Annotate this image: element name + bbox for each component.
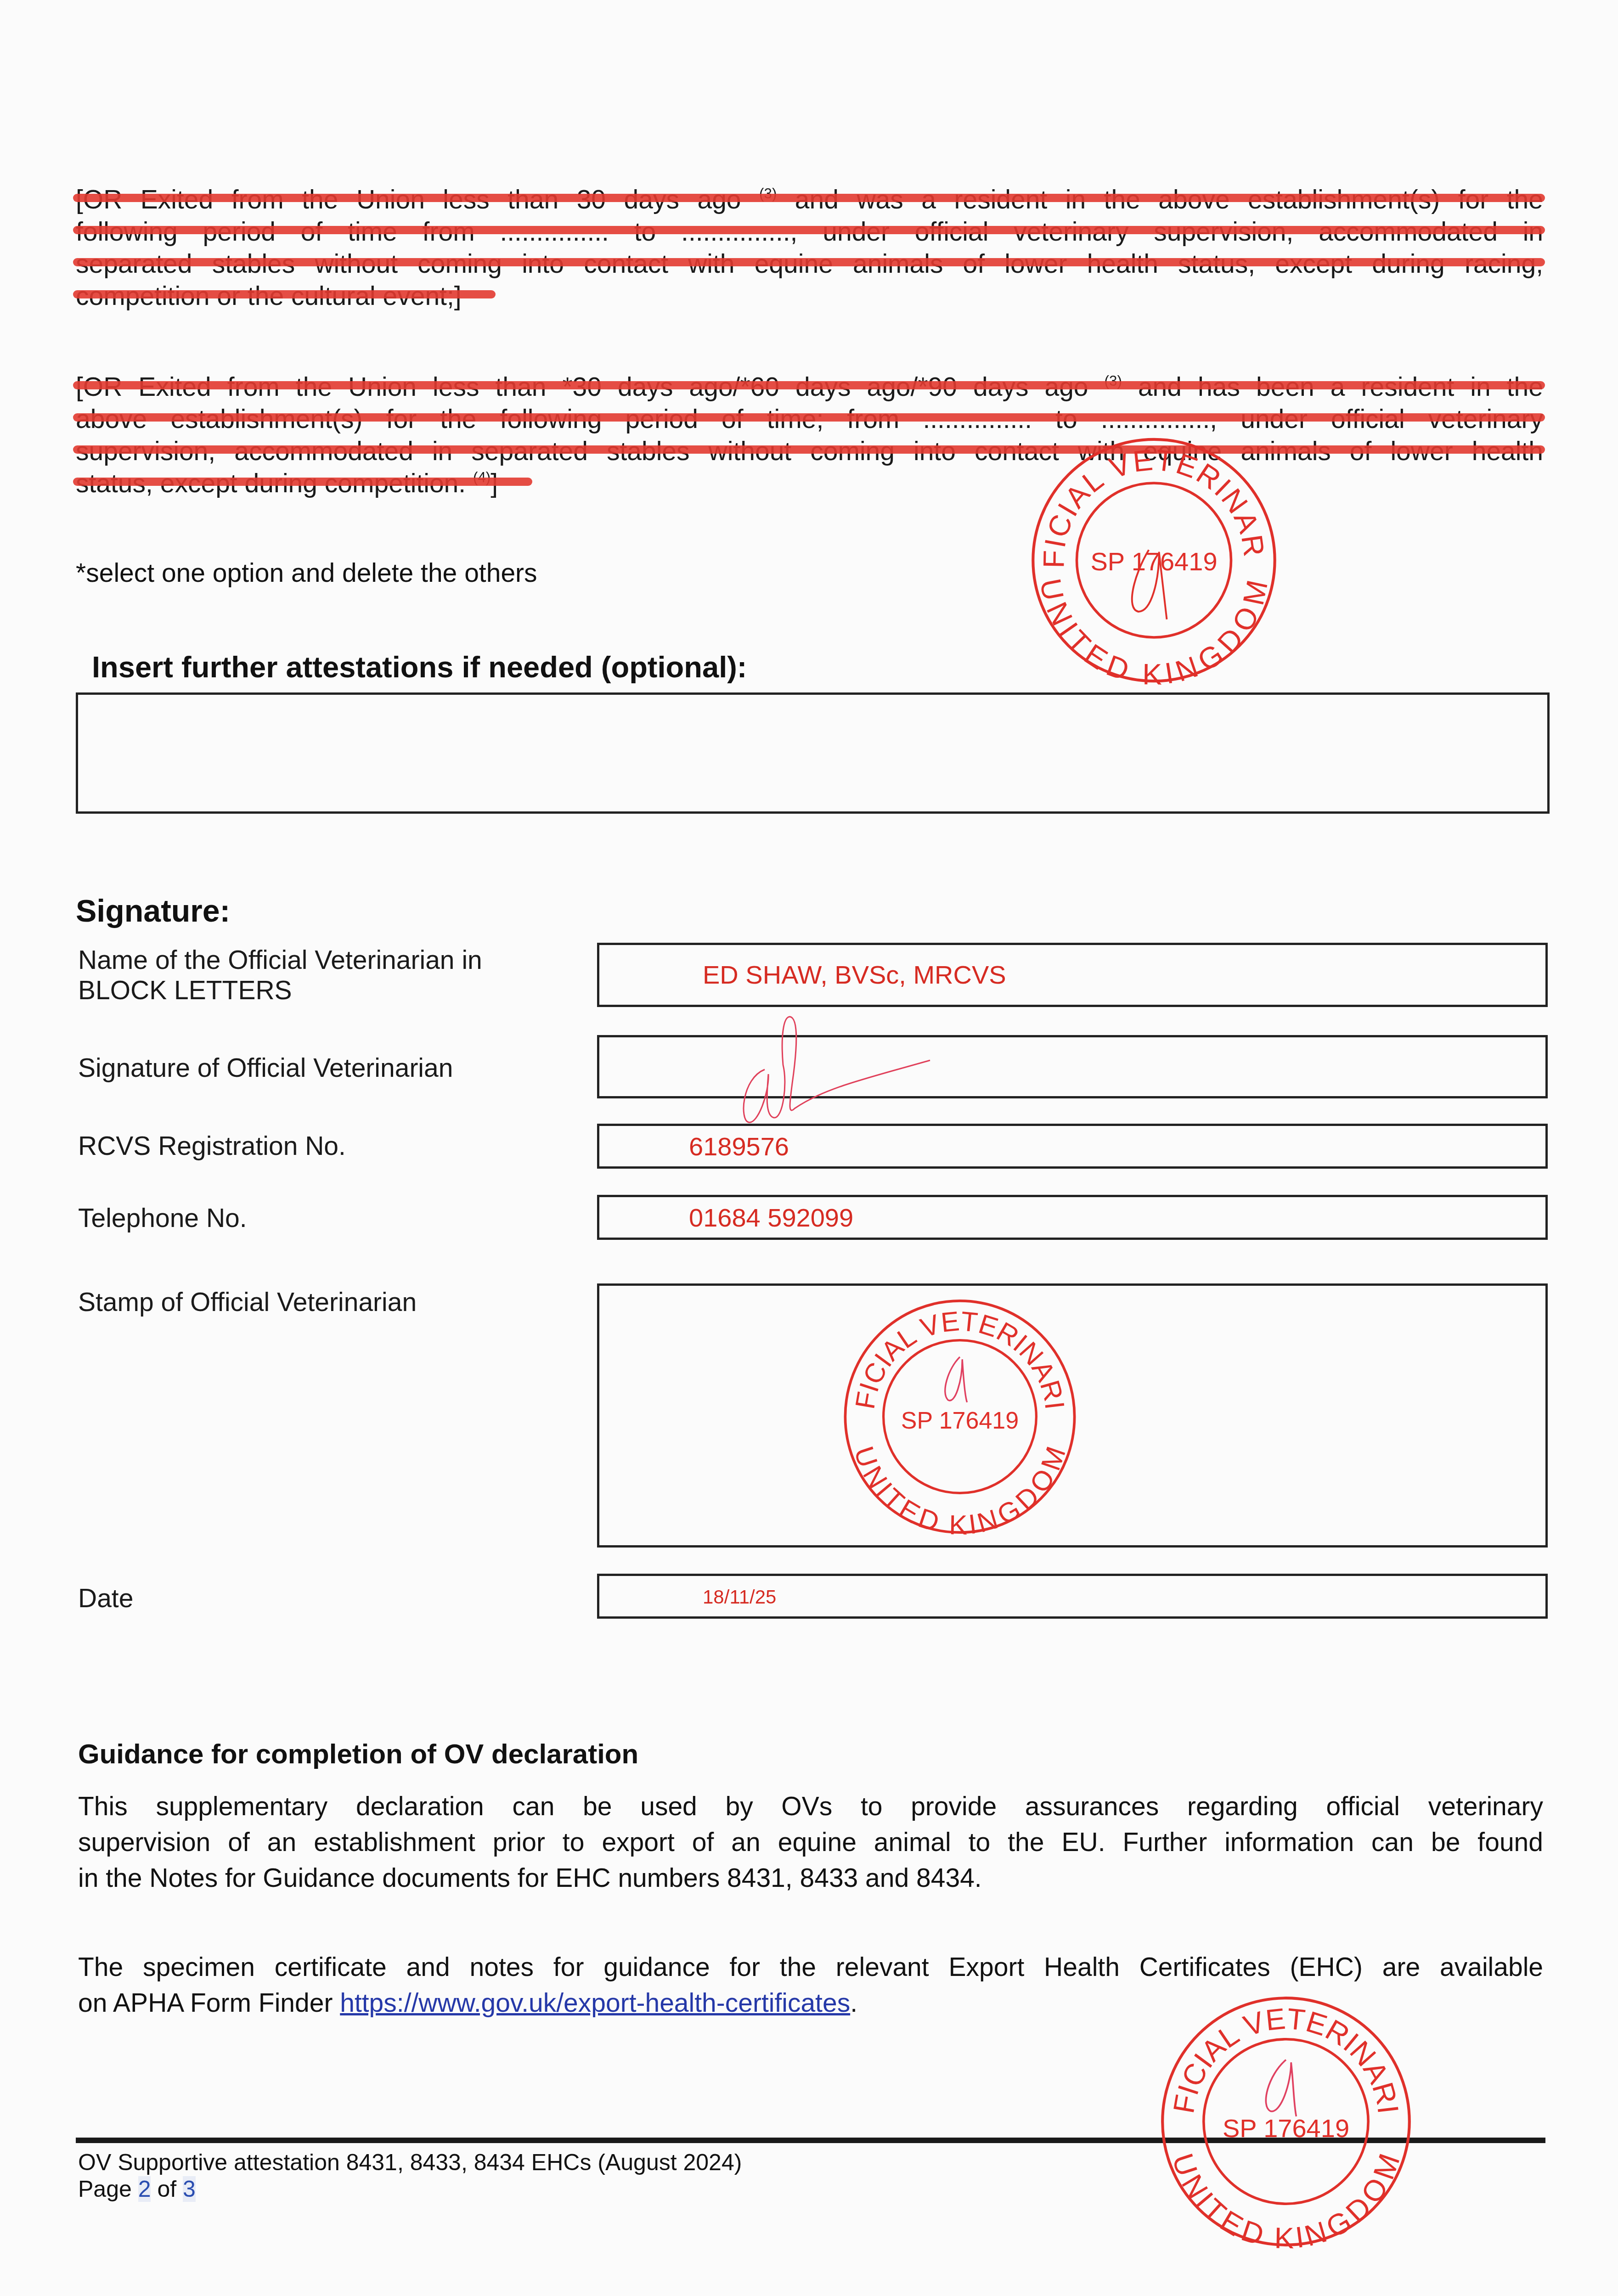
guidance-line: This supplementary declaration can be us… bbox=[78, 1789, 1543, 1824]
guidance-paragraph-1: This supplementary declaration can be us… bbox=[78, 1789, 1543, 1896]
official-stamp-icon: OFFICIAL VETERINARIAN UNITED KINGDOM SP … bbox=[1157, 1993, 1415, 2250]
export-health-certificates-link[interactable]: https://www.gov.uk/export-health-certifi… bbox=[340, 1988, 850, 2018]
date-field[interactable]: 18/11/25 bbox=[597, 1574, 1548, 1619]
ov-name-value: ED SHAW, BVSc, MRCVS bbox=[703, 960, 1006, 990]
struck-line: [OR Exited from the Union less than 30 d… bbox=[76, 184, 1543, 216]
telephone-label: Telephone No. bbox=[78, 1203, 247, 1233]
svg-text:SP 176419: SP 176419 bbox=[1090, 547, 1217, 576]
date-value: 18/11/25 bbox=[703, 1586, 776, 1608]
svg-text:UNITED KINGDOM: UNITED KINGDOM bbox=[848, 1443, 1071, 1541]
telephone-value: 01684 592099 bbox=[689, 1203, 853, 1232]
guidance-heading: Guidance for completion of OV declaratio… bbox=[78, 1738, 638, 1770]
svg-text:SP 176419: SP 176419 bbox=[1223, 2114, 1349, 2143]
ov-name-field[interactable]: ED SHAW, BVSc, MRCVS bbox=[597, 943, 1548, 1007]
svg-text:UNITED KINGDOM: UNITED KINGDOM bbox=[1166, 2150, 1406, 2255]
struck-line: above establishment(s) for the following… bbox=[76, 403, 1543, 435]
select-option-note: *select one option and delete the others bbox=[76, 558, 537, 588]
svg-text:SP 176419: SP 176419 bbox=[901, 1407, 1019, 1434]
guidance-line: The specimen certificate and notes for g… bbox=[78, 1949, 1543, 1985]
page-number: Page 2 of 3 bbox=[78, 2176, 742, 2202]
stamp-label: Stamp of Official Veterinarian bbox=[78, 1287, 417, 1317]
stamp-field[interactable]: OFFICIAL VETERINARIAN UNITED KINGDOM SP … bbox=[597, 1283, 1548, 1548]
ov-name-label: Name of the Official Veterinarian in BLO… bbox=[78, 945, 482, 1006]
rcvs-label: RCVS Registration No. bbox=[78, 1131, 346, 1161]
guidance-line: supervision of an establishment prior to… bbox=[78, 1824, 1543, 1860]
ov-signature-label: Signature of Official Veterinarian bbox=[78, 1053, 453, 1083]
struck-paragraph-1: [OR Exited from the Union less than 30 d… bbox=[76, 184, 1543, 312]
guidance-line: in the Notes for Guidance documents for … bbox=[78, 1860, 1543, 1896]
rcvs-field[interactable]: 6189576 bbox=[597, 1124, 1548, 1169]
page-footer: OV Supportive attestation 8431, 8433, 84… bbox=[78, 2149, 742, 2202]
struck-paragraph-2: [OR Exited from the Union less than *30 … bbox=[76, 371, 1543, 500]
telephone-field[interactable]: 01684 592099 bbox=[597, 1195, 1548, 1240]
struck-line: following period of time from ..........… bbox=[76, 216, 1543, 248]
struck-line: supervision, accommodated in separated s… bbox=[76, 435, 1543, 467]
official-stamp-icon: OFFICIAL VETERINARIAN UNITED KINGDOM SP … bbox=[831, 1297, 1088, 1536]
further-attestations-heading: Insert further attestations if needed (o… bbox=[92, 650, 747, 684]
ov-signature-field[interactable] bbox=[597, 1035, 1548, 1098]
date-label: Date bbox=[78, 1583, 133, 1614]
struck-line: status, except during competition. (4)] bbox=[76, 467, 1543, 500]
further-attestations-input[interactable] bbox=[76, 692, 1550, 814]
signature-heading: Signature: bbox=[76, 893, 230, 929]
struck-line: separated stables without coming into co… bbox=[76, 248, 1543, 280]
handwritten-signature-icon bbox=[714, 1010, 971, 1129]
footer-title: OV Supportive attestation 8431, 8433, 84… bbox=[78, 2149, 742, 2176]
rcvs-value: 6189576 bbox=[689, 1131, 789, 1161]
official-stamp-icon: OFFICIAL VETERINARIAN UNITED KINGDOM SP … bbox=[1022, 432, 1286, 689]
struck-line: competition or the cultural event;] bbox=[76, 280, 1543, 312]
struck-line: [OR Exited from the Union less than *30 … bbox=[76, 371, 1543, 403]
